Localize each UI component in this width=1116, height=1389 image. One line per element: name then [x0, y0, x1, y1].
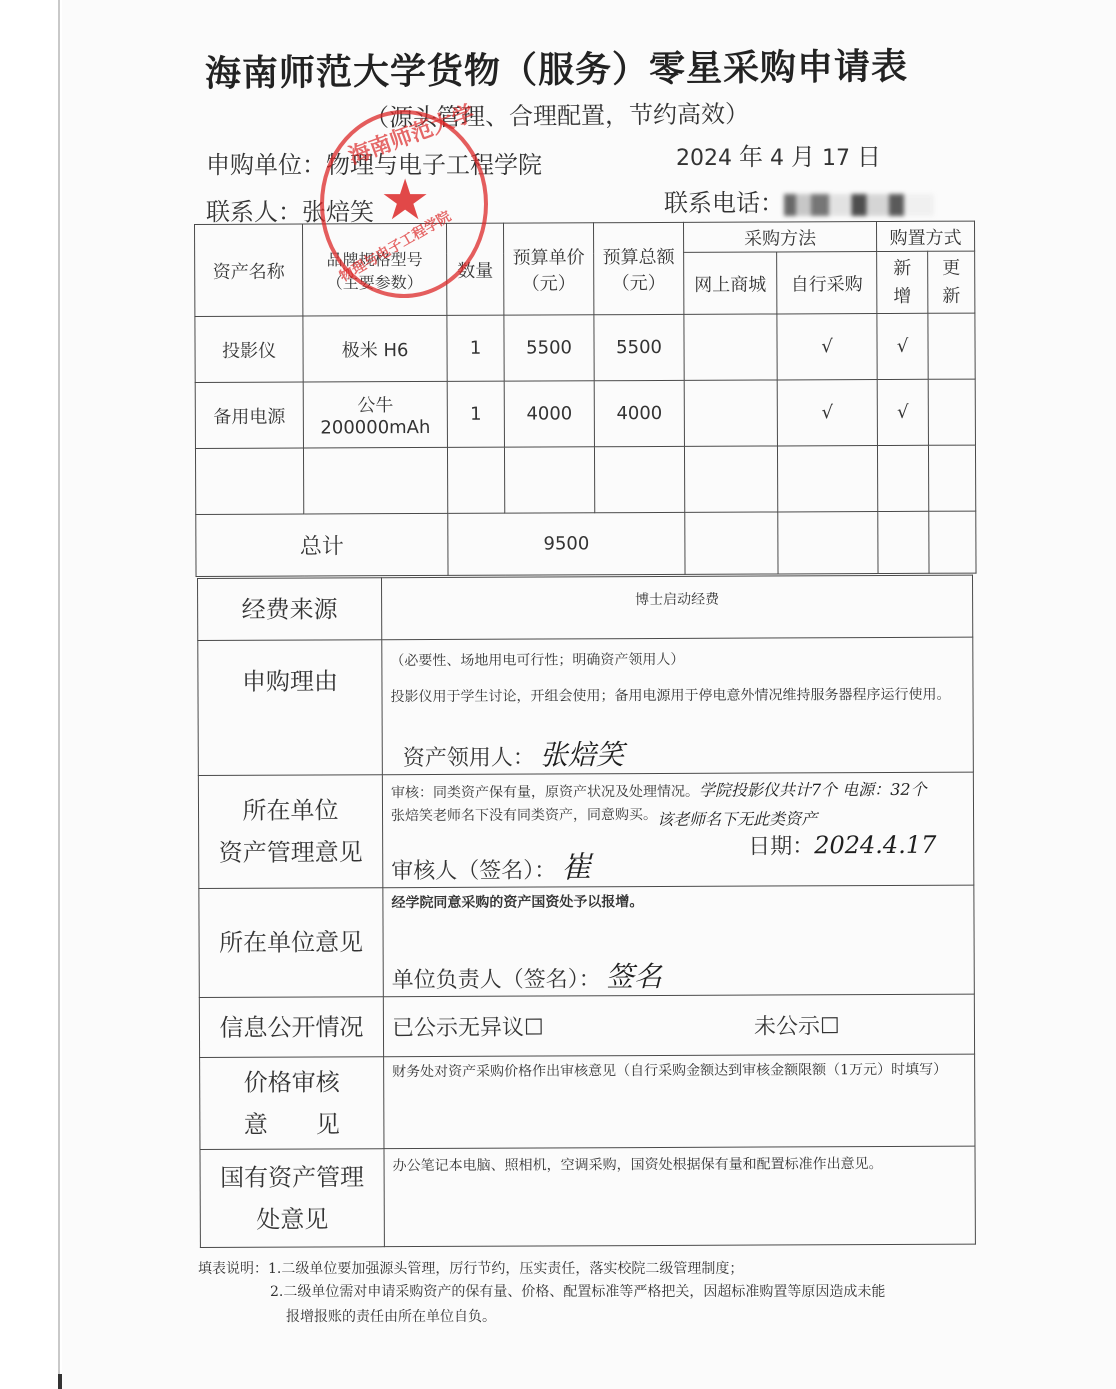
header-method-online: 网上商城: [684, 252, 777, 314]
document-title: 海南师范大学货物（服务）零星采购申请表: [205, 38, 915, 96]
header-acq-replace: 更新: [928, 251, 975, 313]
total-value: 9500: [448, 512, 685, 575]
cell-total: 5500: [594, 314, 684, 380]
cell-quantity: 1: [447, 381, 504, 447]
cell-acq-replace: [928, 313, 975, 379]
approval-table: 经费来源 博士启动经费 申购理由 （必要性、场地用电可行性；明确资产领用人） 投…: [197, 575, 976, 1248]
footer-note-2-cont: 报增报账的责任由所在单位自负。: [286, 1306, 496, 1326]
applicant-unit: 申购单位：物理与电子工程学院: [206, 145, 542, 180]
unit-head-signature: 签名: [606, 960, 662, 993]
footer-label: 填表说明：: [198, 1261, 268, 1277]
reason-hint: （必要性、场地用电可行性；明确资产领用人）: [390, 648, 972, 671]
unit-opinion-text: 经学院同意采购的资产国资处予以报增。: [391, 890, 973, 913]
header-unit-price: 预算单价 （元）: [503, 223, 593, 315]
cell-quantity: 1: [447, 315, 504, 381]
date-day: 17: [822, 146, 850, 171]
state-asset-label-line2: 处意见: [201, 1198, 384, 1241]
contact-person: 联系人：张焙笑: [206, 192, 374, 227]
price-review-text: 财务处对资产采购价格作出审核意见（自行采购金额达到审核金额限额（1万元）时填写）: [392, 1059, 974, 1082]
cell-acq-replace: [928, 445, 975, 511]
review-line2-text: 张焙笑老师名下没有同类资产，同意购买。: [391, 807, 657, 824]
cell-unit-price: 5500: [504, 315, 594, 381]
cell-acq-new: [877, 445, 928, 511]
header-total-sub: （元）: [594, 268, 683, 294]
header-acq-new: 新增: [877, 251, 928, 313]
funding-label: 经费来源: [198, 578, 382, 641]
header-unit-price-sub: （元）: [504, 269, 593, 295]
phone-label: 联系电话：: [664, 189, 784, 217]
funding-row: 经费来源 博士启动经费: [198, 575, 973, 640]
recipient-signature: 张焙笑: [540, 738, 624, 771]
price-review-label: 价格审核 意 见: [200, 1057, 384, 1150]
disclosure-row: 信息公开情况 已公示无异议☐ 未公示☐: [199, 994, 974, 1057]
footer-note1-text: 1.二级单位要加强源头管理，厉行节约，压实责任，落实校院二级管理制度；: [268, 1261, 743, 1277]
reason-text: 投影仪用于学生讨论，开组会使用；备用电源用于停电意外情况维持服务器程序运行使用。: [390, 684, 972, 707]
cell-asset-name: 备用电源: [195, 382, 303, 448]
header-acq-new-label: 新增: [893, 254, 911, 310]
page-edge-shadow: [58, 1374, 62, 1389]
contact-value: 张焙笑: [302, 198, 374, 226]
state-asset-cell: 办公笔记本电脑、照相机，空调采购，国资处根据保有量和配置标准作出意见。: [384, 1146, 975, 1247]
recipient-label: 资产领用人：: [403, 746, 535, 772]
cell-method-self: [777, 446, 877, 512]
reason-row: 申购理由 （必要性、场地用电可行性；明确资产领用人） 投影仪用于学生讨论，开组会…: [198, 637, 974, 775]
total-empty-cell: [778, 512, 878, 574]
cell-method-online: [684, 446, 777, 512]
contact-phone: 联系电话：: [664, 183, 934, 218]
cell-acq-new: √: [877, 313, 928, 379]
cell-unit-price: 4000: [504, 381, 594, 447]
total-label: 总计: [196, 513, 448, 576]
cell-brand-spec: 公牛 200000mAh: [303, 381, 447, 448]
cell-method-online: [684, 314, 777, 380]
header-quantity: 数量: [446, 223, 503, 315]
cell-method-online: [684, 380, 777, 446]
asset-mgmt-review-line2: 张焙笑老师名下没有同类资产，同意购买。该老师名下无此类资产: [391, 800, 973, 826]
document-subtitle: （源头管理、合理配置，节约高效）: [365, 94, 749, 133]
asset-mgmt-label-line1: 所在单位: [199, 789, 382, 832]
unit-head-line: 单位负责人（签名）： 签名: [392, 954, 974, 997]
date-year: 2024: [676, 146, 732, 171]
contact-label: 联系人：: [206, 198, 302, 226]
cell-brand-spec: 极米 H6: [303, 315, 447, 382]
header-brand-spec-label: 品牌规格型号: [303, 246, 446, 270]
review-date-value: 2024.4.17: [814, 831, 936, 860]
price-review-row: 价格审核 意 见 财务处对资产采购价格作出审核意见（自行采购金额达到审核金额限额…: [200, 1054, 975, 1149]
header-acquisition-group: 购置方式: [876, 221, 974, 251]
header-total: 预算总额 （元）: [593, 222, 683, 314]
phone-redacted: [784, 194, 934, 216]
asset-mgmt-label-line2: 资产管理意见: [199, 831, 382, 874]
reason-label: 申购理由: [198, 640, 383, 776]
cell-acq-replace: [928, 379, 975, 445]
disclosure-cell: 已公示无异议☐ 未公示☐: [383, 994, 974, 1057]
header-total-label: 预算总额: [594, 242, 683, 268]
header-method-group: 采购方法: [683, 222, 876, 253]
cell-asset-name: 投影仪: [195, 316, 303, 382]
header-brand-spec-sub: （主要参数）: [303, 269, 446, 293]
items-table: 资产名称 品牌规格型号 （主要参数） 数量 预算单价 （元） 预算总额 （元） …: [194, 221, 977, 577]
cell-method-self: √: [777, 314, 877, 380]
cell-method-self: √: [777, 380, 877, 446]
total-empty-cell: [878, 511, 929, 573]
review-handwritten-line2: 该老师名下无此类资产: [657, 809, 817, 829]
applicant-unit-label: 申购单位：: [206, 151, 326, 179]
cell-acq-new: √: [877, 379, 928, 445]
header-acq-replace-label: 更新: [942, 254, 960, 310]
unit-opinion-label: 所在单位意见: [199, 888, 383, 998]
cell-quantity: [447, 447, 504, 513]
review-line1-text: 审核：同类资产保有量，原资产状况及处理情况。: [391, 784, 699, 801]
footer-note-2: 2.二级单位需对申请采购资产的保有量、价格、配置标准等严格把关，因超标准购置等原…: [270, 1281, 885, 1301]
page-edge: [58, 0, 60, 1389]
date-day-unit: 日: [857, 143, 881, 171]
total-row: 总计 9500: [196, 511, 976, 576]
unit-opinion-row: 所在单位意见 经学院同意采购的资产国资处予以报增。 单位负责人（签名）： 签名: [199, 885, 974, 997]
disclosure-label: 信息公开情况: [199, 997, 383, 1058]
application-date: 2024 年 4 月 17 日: [676, 137, 881, 172]
state-asset-row: 国有资产管理 处意见 办公笔记本电脑、照相机，空调采购，国资处根据保有量和配置标…: [200, 1146, 975, 1247]
cell-total: [594, 446, 684, 512]
cell-unit-price: [504, 447, 594, 513]
reviewer-signature: 崔: [561, 850, 591, 885]
price-review-label-line2: 意 见: [200, 1103, 383, 1146]
cell-brand-spec: [303, 447, 447, 514]
date-month-unit: 月: [791, 143, 815, 171]
cell-total: 4000: [594, 380, 684, 446]
funding-value-cell: 博士启动经费: [382, 575, 973, 640]
unit-opinion-cell: 经学院同意采购的资产国资处予以报增。 单位负责人（签名）： 签名: [383, 885, 974, 997]
table-row: 投影仪 极米 H6 1 5500 5500 √ √: [195, 313, 975, 382]
review-handwritten-line1: 学院投影仪共计7个 电源：32个: [699, 780, 927, 800]
table-row-empty: [195, 445, 975, 514]
asset-mgmt-cell: 审核：同类资产保有量，原资产状况及处理情况。学院投影仪共计7个 电源：32个 张…: [382, 772, 973, 888]
date-year-unit: 年: [739, 143, 763, 171]
header-asset-name: 资产名称: [195, 224, 303, 316]
state-asset-label: 国有资产管理 处意见: [200, 1149, 384, 1248]
reviewer-line: 审核人（签名）： 崔 日期：2024.4.17: [391, 841, 973, 888]
asset-mgmt-review-line1: 审核：同类资产保有量，原资产状况及处理情况。学院投影仪共计7个 电源：32个: [391, 777, 973, 803]
price-review-label-line1: 价格审核: [200, 1061, 383, 1104]
header-unit-price-label: 预算单价: [504, 243, 593, 269]
funding-value: 博士启动经费: [635, 592, 719, 608]
price-review-cell: 财务处对资产采购价格作出审核意见（自行采购金额达到审核金额限额（1万元）时填写）: [384, 1054, 975, 1149]
unit-head-label: 单位负责人（签名）：: [392, 967, 601, 993]
recipient-line: 资产领用人： 张焙笑: [391, 732, 973, 775]
reason-cell: （必要性、场地用电可行性；明确资产领用人） 投影仪用于学生讨论，开组会使用；备用…: [382, 637, 974, 775]
date-month: 4: [770, 146, 784, 171]
header-brand-spec: 品牌规格型号 （主要参数）: [303, 223, 447, 316]
state-asset-label-line1: 国有资产管理: [201, 1156, 384, 1199]
cell-asset-name: [195, 448, 303, 514]
table-row: 备用电源 公牛 200000mAh 1 4000 4000 √ √: [195, 379, 975, 448]
header-method-self: 自行采购: [777, 252, 877, 314]
footer-note-1: 填表说明：1.二级单位要加强源头管理，厉行节约，压实责任，落实校院二级管理制度；: [198, 1258, 743, 1278]
total-empty-cell: [685, 512, 778, 574]
total-empty-cell: [929, 511, 976, 573]
disclosure-option-published[interactable]: 已公示无异议☐: [392, 1015, 544, 1041]
asset-mgmt-row: 所在单位 资产管理意见 审核：同类资产保有量，原资产状况及处理情况。学院投影仪共…: [198, 772, 973, 888]
reviewer-label: 审核人（签名）：: [391, 858, 556, 884]
review-date: 日期：2024.4.17: [748, 829, 936, 861]
asset-mgmt-label: 所在单位 资产管理意见: [198, 775, 382, 889]
disclosure-option-unpublished[interactable]: 未公示☐: [754, 1009, 840, 1040]
applicant-unit-value: 物理与电子工程学院: [326, 151, 542, 179]
review-date-label: 日期：: [748, 834, 814, 859]
state-asset-text: 办公笔记本电脑、照相机，空调采购，国资处根据保有量和配置标准作出意见。: [393, 1153, 975, 1176]
